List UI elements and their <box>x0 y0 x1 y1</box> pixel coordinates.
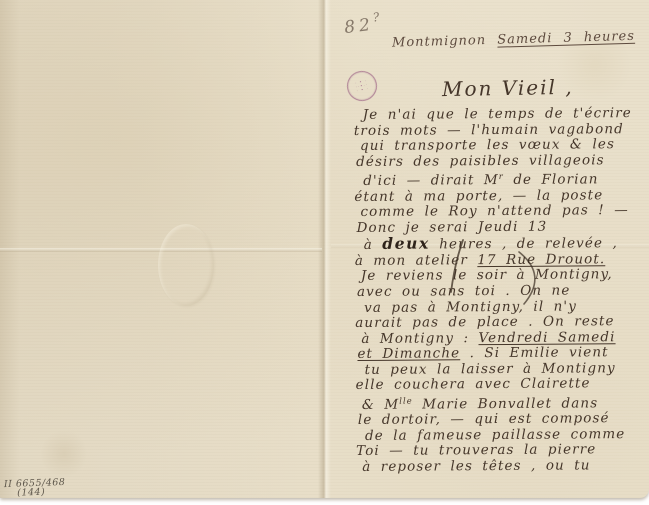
letter-dateline: Montmignon Samedi 3 heures <box>392 28 648 50</box>
pencil-number: 82 <box>343 15 375 38</box>
pencil-question-mark: ? <box>372 10 380 25</box>
letter-text-segment: deux <box>382 234 430 253</box>
letter-text-segment: 17 Rue Drouot. <box>477 251 605 268</box>
letter-text-segment: comme le Roy n'attend pas ! — <box>360 202 628 220</box>
stamp-glyphs: · • · <box>356 87 369 94</box>
letter-text-segment: désirs des paisibles villageois <box>356 152 605 170</box>
letter-text-segment: . Si Emilie vient <box>460 344 609 361</box>
letter-text-segment: Marie Bonvallet dans <box>413 395 598 412</box>
letter-text-segment: Vendredi Samedi <box>478 329 615 346</box>
letter-text-segment: à mon atelier <box>355 252 478 269</box>
letter-body-line: d'ici — dirait Mr de Florian <box>363 168 647 190</box>
catalog-line2: (144) <box>17 487 66 498</box>
letter-text-segment: à Montigny : <box>361 330 478 347</box>
letter-salutation: Mon Vieil , <box>442 75 574 101</box>
collection-stamp-icon: · • · ··•·· · • · <box>344 68 380 104</box>
letter-text-segment: lle <box>399 395 413 405</box>
letter-text-segment: à reposer les têtes , ou tu <box>362 457 590 475</box>
letter-text-segment: Je reviens le soir à Montigny, <box>361 267 613 285</box>
letter-text-segment: elle couchera avec Clairette <box>356 376 591 394</box>
dateline-place: Montmignon <box>392 33 487 51</box>
letter-body-line: désirs des paisibles villageois <box>356 153 647 171</box>
letter-body-line: à reposer les têtes , ou tu <box>362 458 649 476</box>
letter-text-segment: de Florian <box>504 171 599 188</box>
paper-stain <box>40 430 88 478</box>
dateline-datetime: Samedi 3 heures <box>497 29 635 48</box>
embossed-seal <box>158 224 214 306</box>
pencil-number-note: 82? <box>343 10 382 38</box>
letter-text-segment: à <box>364 237 383 253</box>
letter-text-segment: d'ici — dirait M <box>363 172 499 189</box>
letter-paper: 82? II 6655/468(144) · • · ··•·· · • · M… <box>0 0 649 498</box>
letter-text-segment: heures , de relevée , <box>430 236 618 253</box>
letter-text-segment: & M <box>362 397 400 413</box>
scanned-letter-page: { "page": { "paper_color": "#e9e0cb", "i… <box>0 0 649 505</box>
letter-text-segment: et Dimanche <box>357 345 460 362</box>
letter-body: Je n'ai que le temps de t'écriretrois mo… <box>351 106 649 476</box>
catalog-number: II 6655/468(144) <box>4 478 66 498</box>
